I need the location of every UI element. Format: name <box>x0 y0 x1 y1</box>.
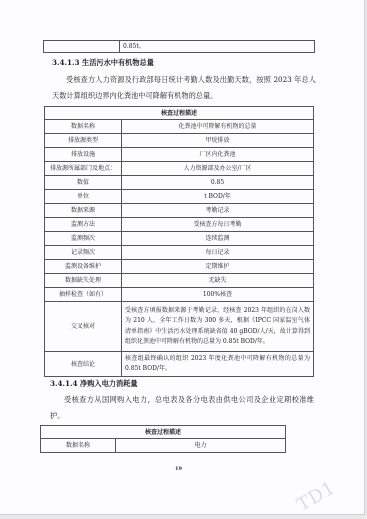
table-row: 排放源类型甲烷排放 <box>45 134 314 148</box>
table-header: 核查过程描述 <box>45 107 314 120</box>
table-cell-value: 甲烷排放 <box>122 134 314 148</box>
table-cell-value: 考勤记录 <box>122 204 314 218</box>
table-header: 核查过程描述 <box>41 426 286 439</box>
table-cell-value: 受核查方填报数据来源于考勤记录，经核查 2023 年组织的在岗人数为 210 人… <box>122 302 314 352</box>
table-cell-value: 100%核查 <box>122 288 314 302</box>
table-cell-label: 排放源类型 <box>45 134 122 148</box>
previous-table-tail: 0.85t。 <box>43 40 315 53</box>
table-cell-label: 监测方法 <box>45 218 122 232</box>
table-cell-value: 人力资源部及办公室/厂区 <box>122 162 314 176</box>
table-cell-label: 数据来源 <box>45 204 122 218</box>
table-row: 核查结论核查组最终确认的组织 2023 年度化粪池中可降解有机物的总量为 0.8… <box>45 352 314 377</box>
table-cell-value: 受核查方每日考勤 <box>122 218 314 232</box>
page-number: 19 <box>175 466 182 472</box>
table-cell-label: 数据缺失处理 <box>45 274 122 288</box>
document-page: 0.85t。 3.4.1.3 生活污水中有机物总量 受核查方人力资源及行政部每日… <box>0 0 365 515</box>
table-cell-value: 定期维护 <box>122 260 314 274</box>
table-row: 交叉核对受核查方填报数据来源于考勤记录，经核查 2023 年组织的在岗人数为 2… <box>45 302 314 352</box>
table-cell-label: 排放设施 <box>45 148 122 162</box>
section-heading-3413: 3.4.1.3 生活污水中有机物总量 <box>52 58 154 68</box>
table-header-row: 核查过程描述 <box>41 426 286 439</box>
table-row: 数据名称化粪池中可降解有机物的总量 <box>45 120 314 134</box>
section-paragraph-3414: 受核查方从国网购入电力，总电表及各分电表由供电公司及企业定期校准维护。 <box>50 392 314 424</box>
table-row: 监测设备维护定期维护 <box>45 260 314 274</box>
table-cell-label: 抽样检查（如有） <box>45 288 122 302</box>
table-cell-label: 单位 <box>45 190 122 204</box>
table-cell-value: 0.85t。 <box>120 41 315 53</box>
table-row: 排放源所属部门及地点：人力资源部及办公室/厂区 <box>45 162 314 176</box>
table-cell-label <box>44 41 120 53</box>
table-cell-label: 监测频次 <box>45 232 122 246</box>
table-cell-value: t BOD/年 <box>122 190 314 204</box>
table-row: 0.85t。 <box>44 41 315 53</box>
table-row: 监测频次连续监测 <box>45 232 314 246</box>
table-cell-label: 交叉核对 <box>45 302 122 352</box>
table-cell-label: 监测设备维护 <box>45 260 122 274</box>
verification-table-3414: 核查过程描述 数据名称电力 <box>40 425 286 453</box>
section-paragraph-3413: 受核查方人力资源及行政部每日统计考勤人数及出勤天数，按照 2023 年总人天数计… <box>52 72 316 104</box>
table-cell-label: 排放源所属部门及地点： <box>45 162 122 176</box>
table-row: 排放设施厂区内化粪池 <box>45 148 314 162</box>
table-cell-value: 化粪池中可降解有机物的总量 <box>122 120 314 134</box>
table-cell-label: 记录频次 <box>45 246 122 260</box>
table-cell-value: 0.85 <box>122 176 314 190</box>
table-cell-value: 无缺失 <box>122 274 314 288</box>
table-header-row: 核查过程描述 <box>45 107 314 120</box>
verification-table-3413: 核查过程描述 数据名称化粪池中可降解有机物的总量 排放源类型甲烷排放 排放设施厂… <box>44 106 314 377</box>
table-row: 数据名称电力 <box>41 439 286 453</box>
table-row: 数据缺失处理无缺失 <box>45 274 314 288</box>
table-cell-value: 核查组最终确认的组织 2023 年度化粪池中可降解有机物的总量为 0.85t B… <box>122 352 314 377</box>
table-cell-value: 每日记录 <box>122 246 314 260</box>
table-cell-label: 数值 <box>45 176 122 190</box>
table-cell-label: 数据名称 <box>45 120 122 134</box>
table-row: 数据来源考勤记录 <box>45 204 314 218</box>
table-cell-label: 核查结论 <box>45 352 122 377</box>
watermark: TD1 <box>293 477 339 516</box>
table-cell-value: 连续监测 <box>122 232 314 246</box>
table-row: 抽样检查（如有）100%核查 <box>45 288 314 302</box>
table-row: 监测方法受核查方每日考勤 <box>45 218 314 232</box>
table-row: 记录频次每日记录 <box>45 246 314 260</box>
table-cell-label: 数据名称 <box>41 439 116 453</box>
table-cell-value: 厂区内化粪池 <box>122 148 314 162</box>
table-cell-value: 电力 <box>116 439 286 453</box>
table-row: 单位t BOD/年 <box>45 190 314 204</box>
table-row: 数值0.85 <box>45 176 314 190</box>
section-heading-3414: 3.4.1.4 净购入电力消耗量 <box>50 379 138 389</box>
